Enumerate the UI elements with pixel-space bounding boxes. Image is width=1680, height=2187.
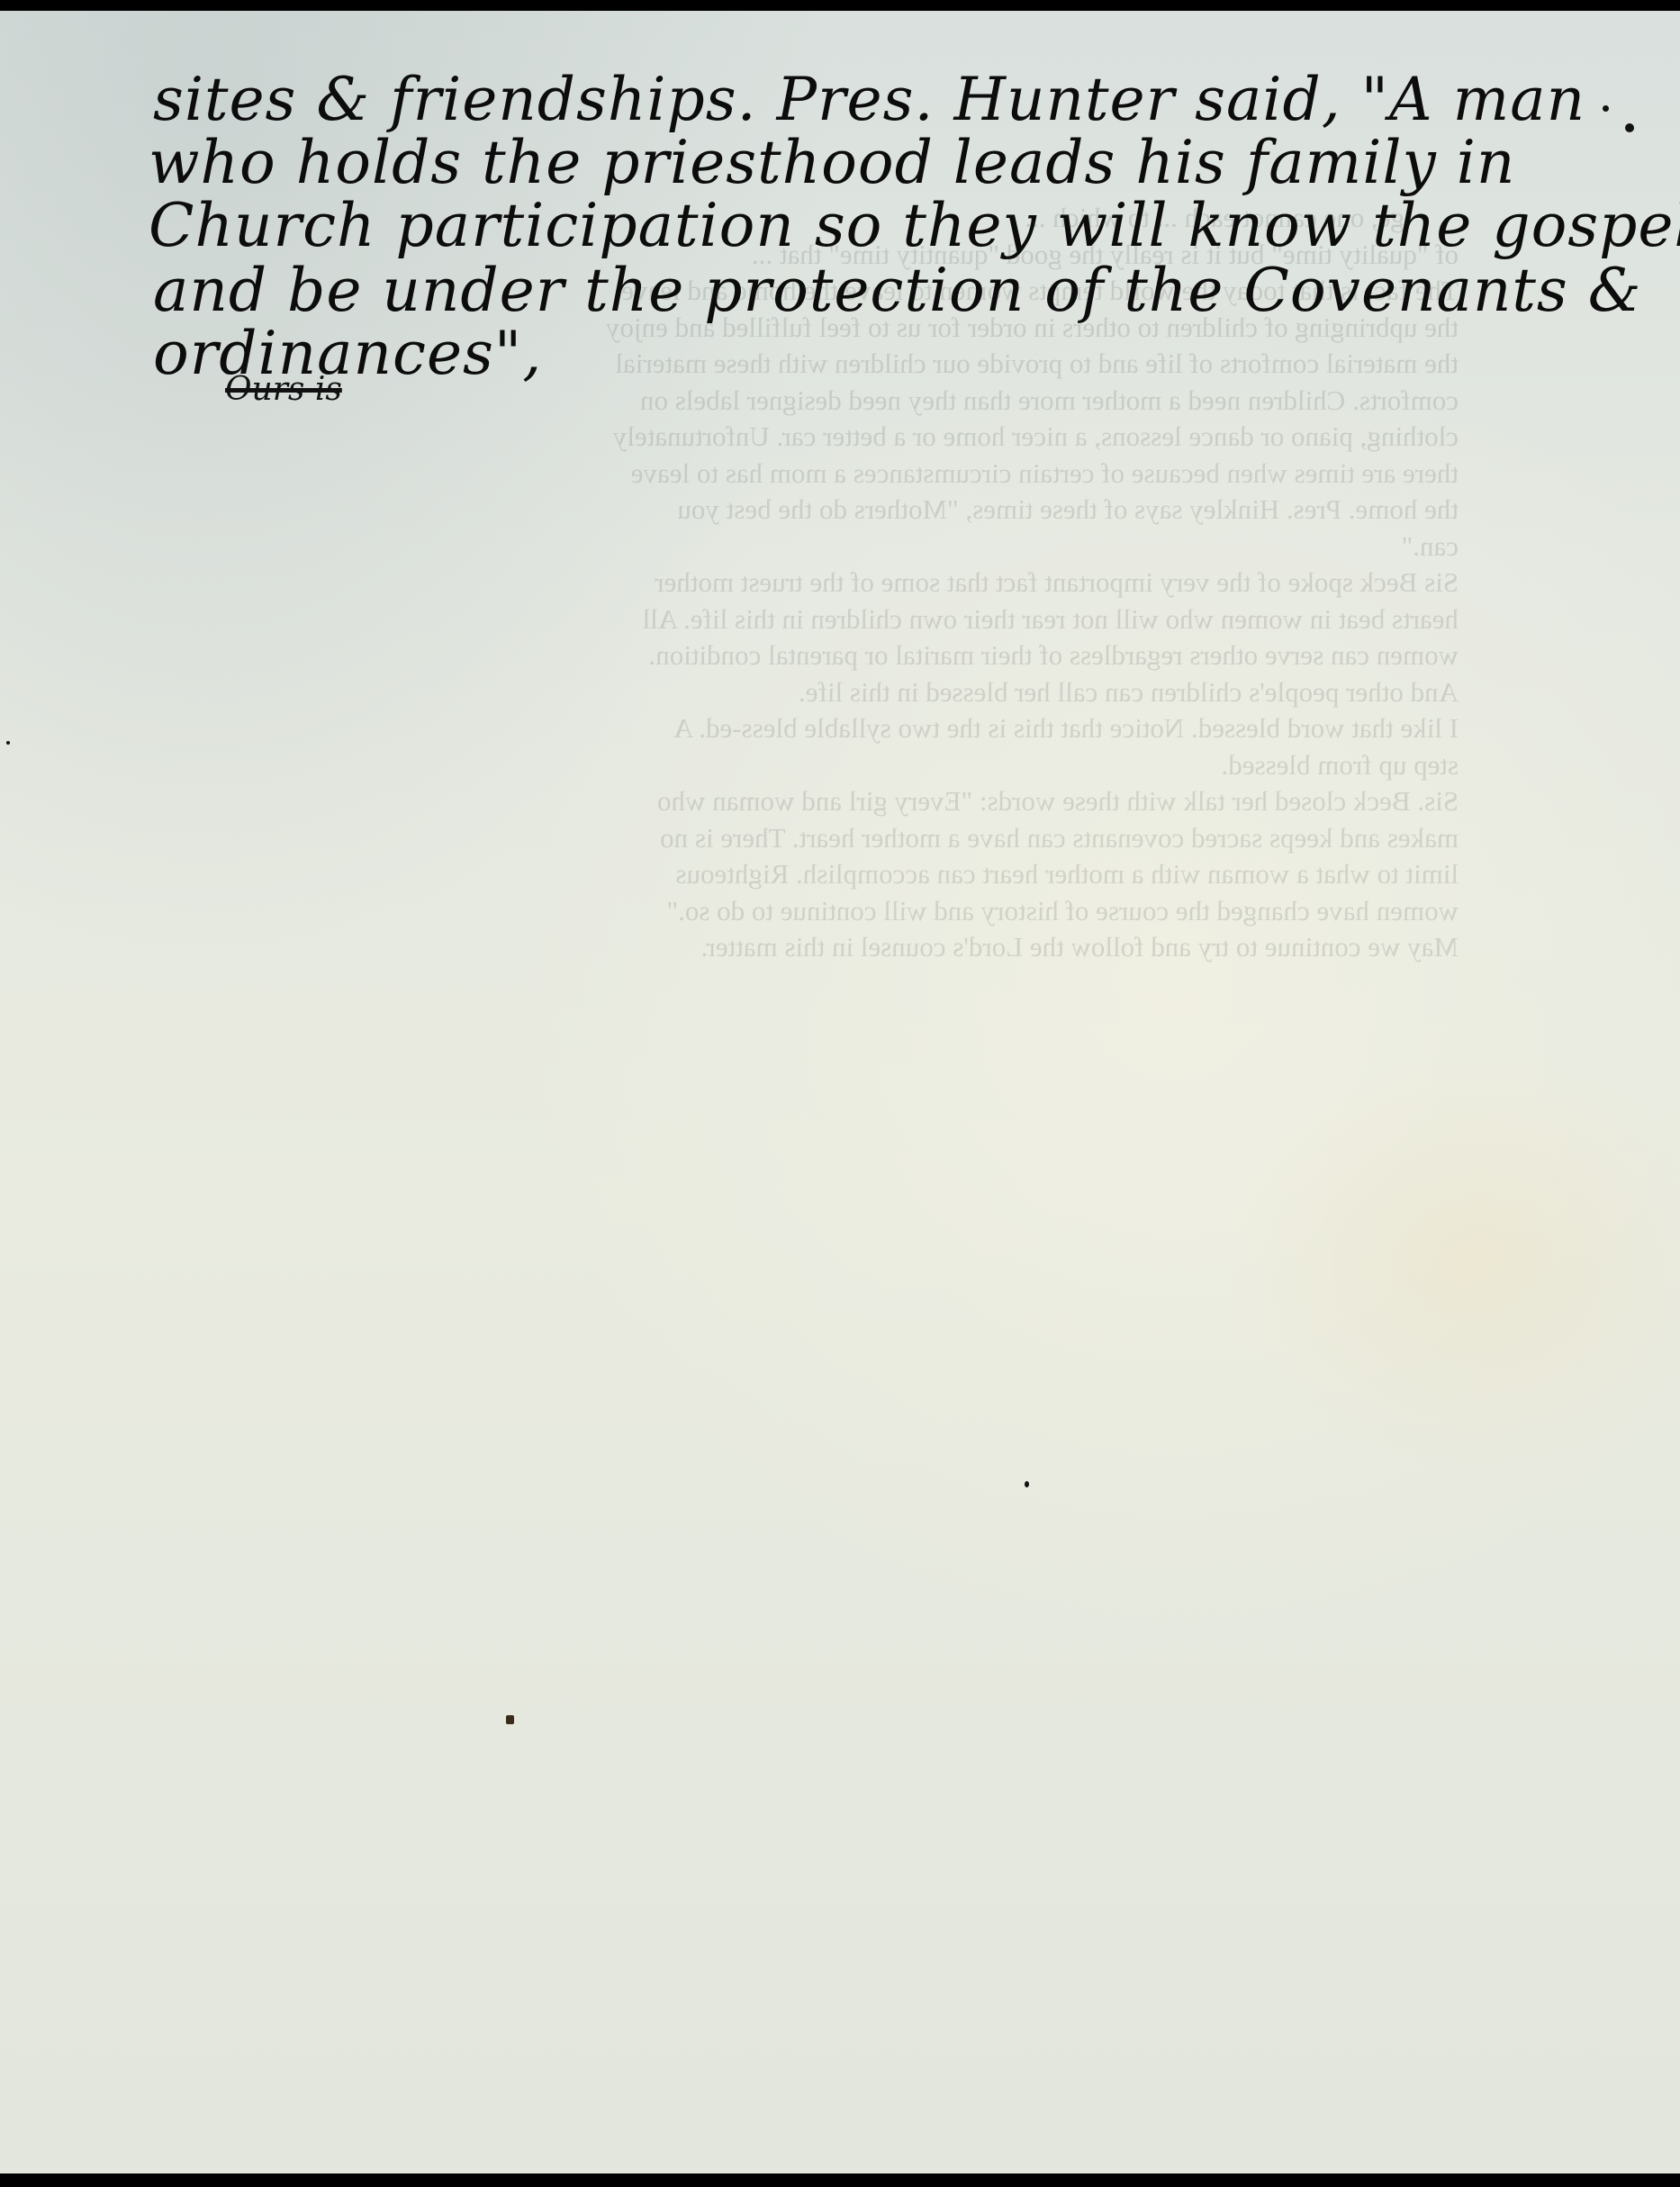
ink-dot xyxy=(1025,1481,1029,1487)
bleed-line: the home. Pres. Hinkley says of these ti… xyxy=(225,492,1459,529)
handwritten-line: Church participation so they will know t… xyxy=(149,191,1680,260)
bleed-line: there are times when because of certain … xyxy=(225,456,1459,493)
ink-dot xyxy=(1625,123,1634,132)
bleed-line: I like that word blessed. Notice that th… xyxy=(225,710,1459,747)
document-page: ge, one cannot each ... to which ... of … xyxy=(0,11,1680,2173)
bleed-line: limit to what a woman with a mother hear… xyxy=(225,856,1459,893)
bleed-line: And other people's children can call her… xyxy=(225,674,1459,711)
bleed-line: May we continue to try and follow the Lo… xyxy=(225,929,1459,966)
handwritten-line: ordinances", xyxy=(153,319,542,388)
scan-border xyxy=(0,2173,1680,2187)
paper-blemish xyxy=(506,1715,514,1724)
bleed-line: can." xyxy=(225,529,1459,565)
bleed-line: women can serve others regardless of the… xyxy=(225,637,1459,674)
bleed-line: Sis Beck spoke of the very important fac… xyxy=(225,565,1459,601)
bleed-line: women have changed the course of history… xyxy=(225,893,1459,930)
bleed-line: Sis. Beck closed her talk with these wor… xyxy=(225,783,1459,820)
bleed-line: makes and keeps sacred covenants can hav… xyxy=(225,820,1459,857)
bleed-line: clothing, piano or dance lessons, a nice… xyxy=(225,419,1459,456)
bleed-line: hearts beat in women who will not rear t… xyxy=(225,601,1459,638)
ink-dot xyxy=(6,741,10,745)
ink-dot xyxy=(1603,105,1609,112)
bleed-line: step up from blessed. xyxy=(225,747,1459,784)
handwritten-line: and be under the protection of the Coven… xyxy=(153,256,1642,325)
handwritten-line: who holds the priesthood leads his famil… xyxy=(149,128,1515,197)
crossed-out-text: Ours is xyxy=(225,371,342,408)
handwritten-line: sites & friendships. Pres. Hunter said, … xyxy=(153,65,1585,134)
